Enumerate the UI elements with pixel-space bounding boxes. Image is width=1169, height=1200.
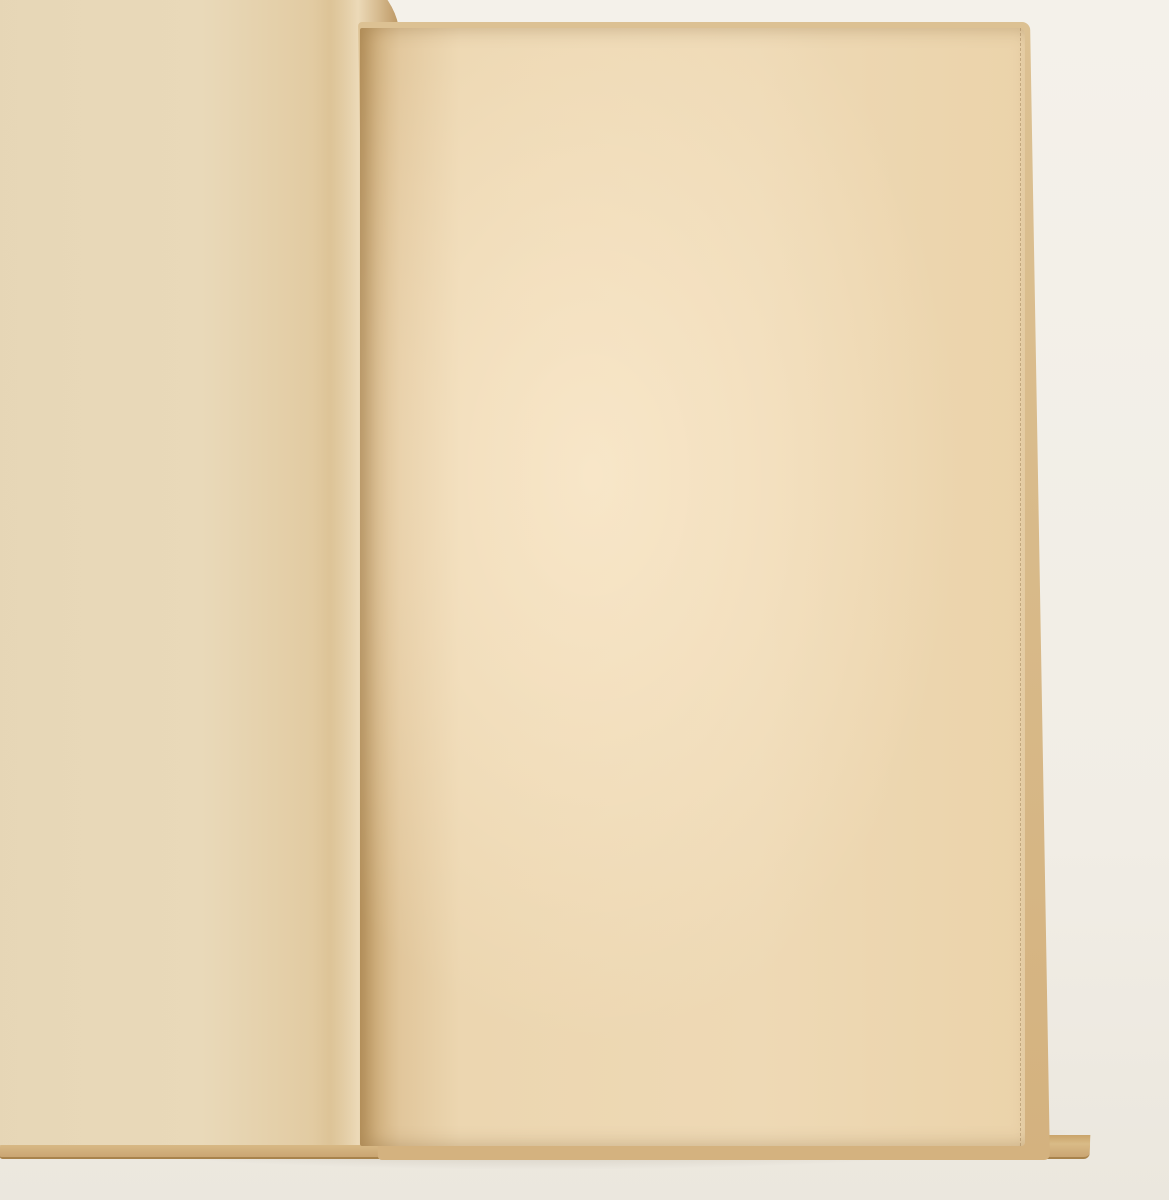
- left-page: [0, 0, 400, 1145]
- deckle-edge: [1020, 28, 1027, 1146]
- right-page: [360, 28, 1025, 1146]
